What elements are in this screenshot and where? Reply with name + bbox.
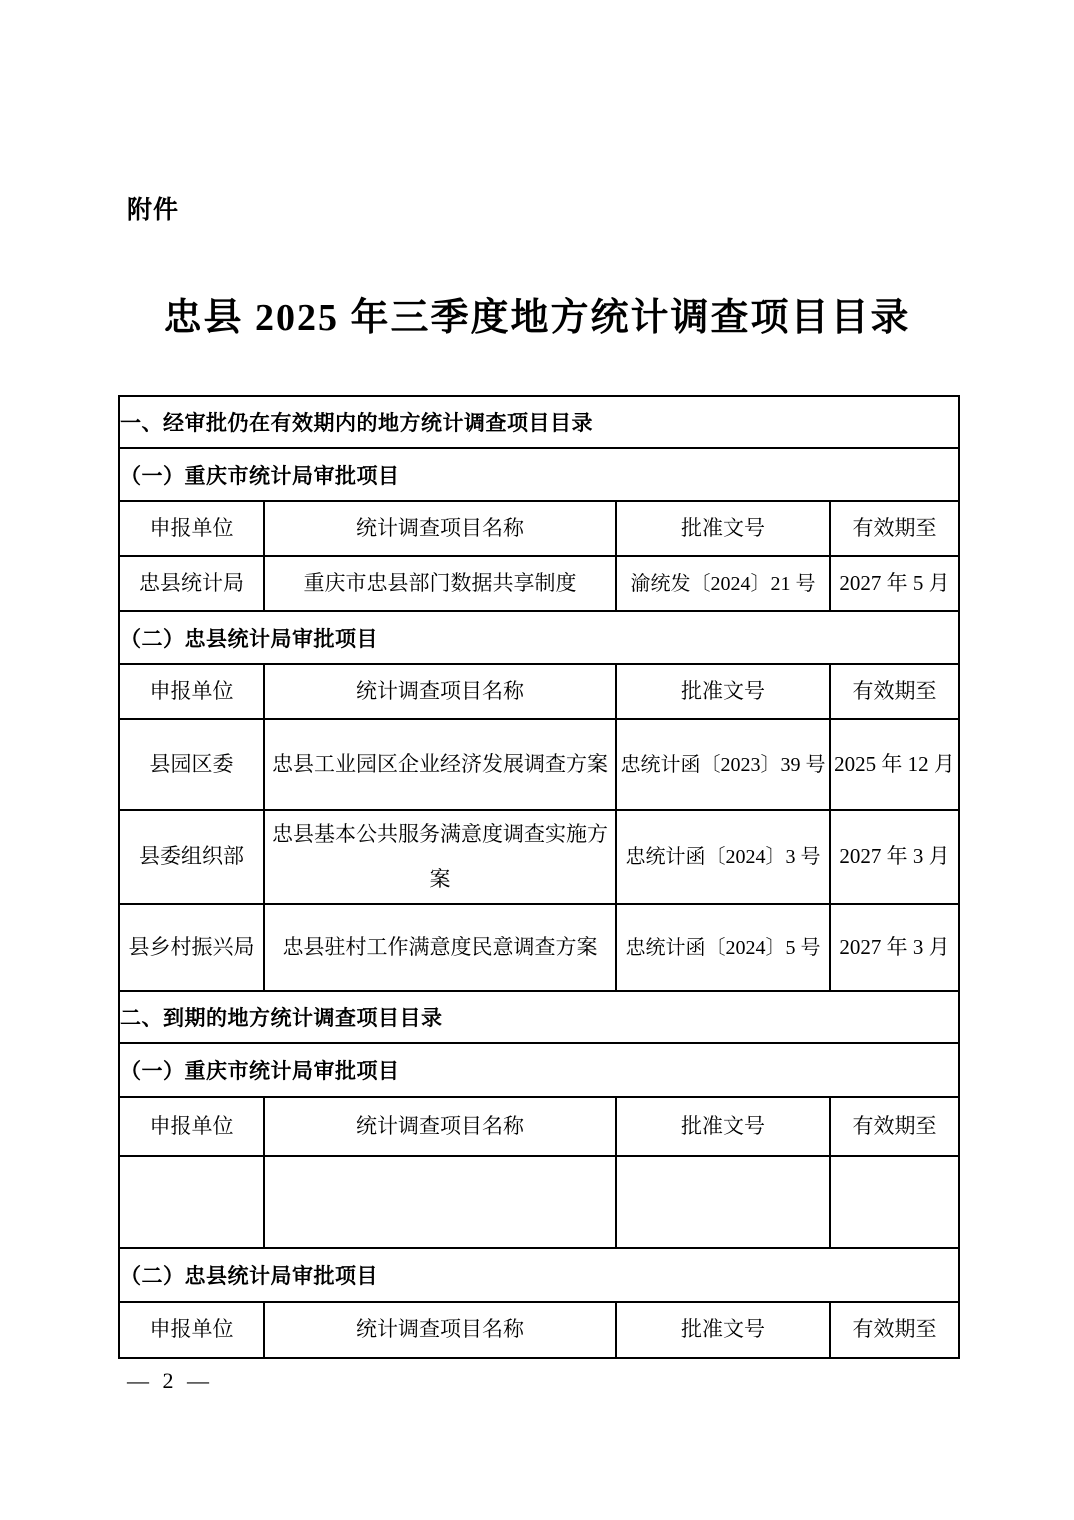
cell-unit: [119, 1156, 264, 1248]
table-row: 一、经审批仍在有效期内的地方统计调查项目目录: [119, 396, 959, 448]
cell-doc-no: 忠统计函〔2023〕39 号: [616, 719, 830, 810]
column-header-unit: 申报单位: [119, 1097, 264, 1156]
attachment-label: 附件: [127, 190, 179, 226]
column-header-valid-until: 有效期至: [830, 501, 959, 556]
column-header-valid-until: 有效期至: [830, 1097, 959, 1156]
section-2b-title: （二）忠县统计局审批项目: [119, 1248, 959, 1302]
cell-project: [264, 1156, 616, 1248]
table-row: （二）忠县统计局审批项目: [119, 1248, 959, 1302]
project-catalog-table: 一、经审批仍在有效期内的地方统计调查项目目录 （一）重庆市统计局审批项目 申报单…: [118, 395, 960, 1359]
cell-project: 忠县基本公共服务满意度调查实施方案: [264, 810, 616, 904]
document-page: 附件 忠县 2025 年三季度地方统计调查项目目录 一、经审批仍在有效期内的地方…: [0, 0, 1074, 1520]
cell-doc-no: [616, 1156, 830, 1248]
cell-doc-no: 忠统计函〔2024〕3 号: [616, 810, 830, 904]
table-row: （二）忠县统计局审批项目: [119, 611, 959, 664]
column-header-valid-until: 有效期至: [830, 664, 959, 719]
section-1-title: 一、经审批仍在有效期内的地方统计调查项目目录: [119, 396, 959, 448]
section-2a-title: （一）重庆市统计局审批项目: [119, 1043, 959, 1097]
cell-doc-no: 渝统发〔2024〕21 号: [616, 556, 830, 611]
cell-valid-until: 2027 年 5 月: [830, 556, 959, 611]
table-row: （一）重庆市统计局审批项目: [119, 448, 959, 501]
table-row: 县园区委 忠县工业园区企业经济发展调查方案 忠统计函〔2023〕39 号 202…: [119, 719, 959, 810]
table-header-row: 申报单位 统计调查项目名称 批准文号 有效期至: [119, 1097, 959, 1156]
table-row-empty: [119, 1156, 959, 1248]
cell-valid-until: 2027 年 3 月: [830, 810, 959, 904]
cell-doc-no: 忠统计函〔2024〕5 号: [616, 904, 830, 991]
column-header-unit: 申报单位: [119, 501, 264, 556]
table-header-row: 申报单位 统计调查项目名称 批准文号 有效期至: [119, 664, 959, 719]
cell-unit: 忠县统计局: [119, 556, 264, 611]
column-header-doc-no: 批准文号: [616, 1097, 830, 1156]
table-row: 二、到期的地方统计调查项目目录: [119, 991, 959, 1043]
section-1a-title: （一）重庆市统计局审批项目: [119, 448, 959, 501]
column-header-project: 统计调查项目名称: [264, 1097, 616, 1156]
cell-unit: 县乡村振兴局: [119, 904, 264, 991]
column-header-project: 统计调查项目名称: [264, 1302, 616, 1358]
table-header-row: 申报单位 统计调查项目名称 批准文号 有效期至: [119, 1302, 959, 1358]
cell-project: 忠县工业园区企业经济发展调查方案: [264, 719, 616, 810]
page-title: 忠县 2025 年三季度地方统计调查项目目录: [0, 286, 1074, 341]
column-header-unit: 申报单位: [119, 664, 264, 719]
table-row: 县委组织部 忠县基本公共服务满意度调查实施方案 忠统计函〔2024〕3 号 20…: [119, 810, 959, 904]
table-row: （一）重庆市统计局审批项目: [119, 1043, 959, 1097]
cell-project: 忠县驻村工作满意度民意调查方案: [264, 904, 616, 991]
section-1b-title: （二）忠县统计局审批项目: [119, 611, 959, 664]
cell-valid-until: [830, 1156, 959, 1248]
cell-unit: 县委组织部: [119, 810, 264, 904]
column-header-doc-no: 批准文号: [616, 664, 830, 719]
column-header-project: 统计调查项目名称: [264, 501, 616, 556]
section-2-title: 二、到期的地方统计调查项目目录: [119, 991, 959, 1043]
table-row: 忠县统计局 重庆市忠县部门数据共享制度 渝统发〔2024〕21 号 2027 年…: [119, 556, 959, 611]
table-header-row: 申报单位 统计调查项目名称 批准文号 有效期至: [119, 501, 959, 556]
cell-unit: 县园区委: [119, 719, 264, 810]
column-header-project: 统计调查项目名称: [264, 664, 616, 719]
column-header-unit: 申报单位: [119, 1302, 264, 1358]
table-row: 县乡村振兴局 忠县驻村工作满意度民意调查方案 忠统计函〔2024〕5 号 202…: [119, 904, 959, 991]
column-header-valid-until: 有效期至: [830, 1302, 959, 1358]
page-number: — 2 —: [127, 1368, 213, 1394]
cell-project: 重庆市忠县部门数据共享制度: [264, 556, 616, 611]
cell-valid-until: 2027 年 3 月: [830, 904, 959, 991]
cell-valid-until: 2025 年 12 月: [830, 719, 959, 810]
column-header-doc-no: 批准文号: [616, 501, 830, 556]
column-header-doc-no: 批准文号: [616, 1302, 830, 1358]
